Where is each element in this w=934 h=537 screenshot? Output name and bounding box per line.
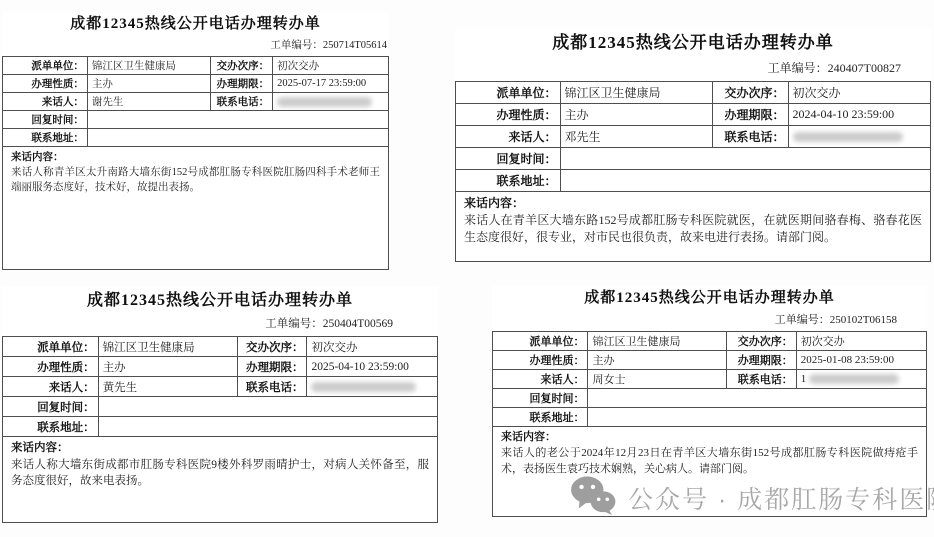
call-content-text: 来话人称青羊区太升南路大墙东街152号成都肛肠专科医院肛肠四科手术老师王端丽服务… xyxy=(11,165,380,195)
reply-time-value xyxy=(560,148,931,170)
form-fields-table: 派单单位： 锦江区卫生健康局 交办次序： 初次交办 办理性质： 主办 办理期限：… xyxy=(455,81,931,192)
contact-address-value xyxy=(87,129,388,147)
handle-deadline-value: 2024-04-10 23:59:00 xyxy=(788,104,931,126)
contact-address-label: 联系地址： xyxy=(493,408,588,427)
table-row: 办理性质： 主办 办理期限： 2025-01-08 23:59:00 xyxy=(493,351,927,370)
transfer-order-value: 初次交办 xyxy=(796,332,926,351)
redacted-phone-blur xyxy=(793,132,903,142)
handle-deadline-value: 2025-07-17 23:59:00 xyxy=(273,75,389,93)
table-row: 派单单位： 锦江区卫生健康局 交办次序： 初次交办 xyxy=(493,332,927,351)
handle-nature-label: 办理性质： xyxy=(456,104,561,126)
reply-time-value xyxy=(588,389,927,408)
table-row: 办理性质： 主办 办理期限： 2025-07-17 23:59:00 xyxy=(3,75,389,93)
dispatch-unit-value: 锦江区卫生健康局 xyxy=(560,82,712,104)
order-no-value: 250102T06158 xyxy=(830,314,897,326)
dispatch-unit-label: 派单单位： xyxy=(456,82,561,104)
contact-address-label: 联系地址： xyxy=(3,129,88,147)
wechat-icon xyxy=(570,475,616,520)
redacted-phone-blur xyxy=(809,374,899,384)
call-content-text: 来话人称大墙东街成都市肛肠专科医院9楼外科罗雨晴护士，对病人关怀备至，服务态度很… xyxy=(11,457,429,490)
call-content-box: 来话内容： 来话人称大墙东街成都市肛肠专科医院9楼外科罗雨晴护士，对病人关怀备至… xyxy=(2,436,438,523)
contact-phone-value xyxy=(307,377,438,397)
handle-deadline-label: 办理期限： xyxy=(237,357,307,377)
table-row: 联系地址： xyxy=(456,170,931,192)
table-row: 回复时间： xyxy=(3,111,389,129)
contact-phone-value xyxy=(273,93,389,111)
table-row: 来话人： 谢先生 联系电话： xyxy=(3,93,389,111)
order-no-value: 240407T00827 xyxy=(828,61,901,75)
table-row: 来话人： 黄先生 联系电话： xyxy=(3,377,438,397)
contact-address-label: 联系地址： xyxy=(3,417,99,437)
call-content-label: 来话内容： xyxy=(11,440,429,457)
work-order-number: 工单编号：250404T00569 xyxy=(2,315,393,331)
handle-nature-value: 主办 xyxy=(588,351,727,370)
contact-address-value xyxy=(588,408,927,427)
table-row: 回复时间： xyxy=(456,148,931,170)
handle-nature-value: 主办 xyxy=(560,104,712,126)
table-row: 派单单位： 锦江区卫生健康局 交办次序： 初次交办 xyxy=(3,337,438,357)
caller-value: 邓先生 xyxy=(560,126,712,148)
call-content-label: 来话内容： xyxy=(11,150,380,165)
table-row: 办理性质： 主办 办理期限： 2024-04-10 23:59:00 xyxy=(456,104,931,126)
order-no-label: 工单编号： xyxy=(265,318,323,330)
handle-nature-value: 主办 xyxy=(87,75,211,93)
table-row: 联系地址： xyxy=(493,408,927,427)
contact-phone-label: 联系电话： xyxy=(727,370,796,389)
table-row: 回复时间： xyxy=(493,389,927,408)
call-content-label: 来话内容： xyxy=(464,195,922,212)
caller-label: 来话人： xyxy=(3,93,88,111)
handle-nature-label: 办理性质： xyxy=(3,357,99,377)
form-title: 成都12345热线公开电话办理转办单 xyxy=(455,28,931,53)
contact-phone-label: 联系电话： xyxy=(237,377,307,397)
transfer-order-value: 初次交办 xyxy=(273,57,389,75)
contact-phone-label: 联系电话： xyxy=(712,126,788,148)
screenshot-canvas: 成都12345热线公开电话办理转办单 工单编号：250714T05614 派单单… xyxy=(0,0,934,537)
table-row: 派单单位： 锦江区卫生健康局 交办次序： 初次交办 xyxy=(456,82,931,104)
table-row: 联系地址： xyxy=(3,129,389,147)
transfer-order-label: 交办次序： xyxy=(727,332,796,351)
call-content-label: 来话内容： xyxy=(501,430,918,446)
dispatch-unit-value: 锦江区卫生健康局 xyxy=(588,332,727,351)
watermark-text: 公众号 · 成都肛肠专科医院 xyxy=(628,480,934,516)
handle-deadline-value: 2025-01-08 23:59:00 xyxy=(796,351,926,370)
handle-nature-label: 办理性质： xyxy=(3,75,88,93)
table-row: 派单单位： 锦江区卫生健康局 交办次序： 初次交办 xyxy=(3,57,389,75)
order-no-label: 工单编号： xyxy=(768,61,828,75)
table-row: 来话人： 邓先生 联系电话： xyxy=(456,126,931,148)
work-order-number: 工单编号：250714T05614 xyxy=(2,37,387,52)
contact-phone-value: 1 xyxy=(796,370,926,389)
transfer-order-label: 交办次序： xyxy=(211,57,273,75)
caller-value: 周女士 xyxy=(588,370,727,389)
dispatch-unit-label: 派单单位： xyxy=(3,57,88,75)
phone-visible-digit: 1 xyxy=(801,373,807,385)
order-no-value: 250714T05614 xyxy=(323,40,387,51)
contact-address-value xyxy=(98,417,437,437)
reply-time-value xyxy=(98,397,437,417)
order-no-label: 工单编号： xyxy=(270,40,323,51)
reply-time-label: 回复时间： xyxy=(3,111,88,129)
table-row: 来话人： 周女士 联系电话： 1 xyxy=(493,370,927,389)
work-order-number: 工单编号：240407T00827 xyxy=(455,59,901,76)
dispatch-unit-label: 派单单位： xyxy=(493,332,588,351)
transfer-order-label: 交办次序： xyxy=(237,337,307,357)
form-title: 成都12345热线公开电话办理转办单 xyxy=(2,12,389,33)
watermark: 公众号 · 成都肛肠专科医院 xyxy=(570,475,934,520)
form-title: 成都12345热线公开电话办理转办单 xyxy=(2,287,438,310)
dispatch-unit-value: 锦江区卫生健康局 xyxy=(98,337,237,357)
handle-deadline-value: 2025-04-10 23:59:00 xyxy=(307,357,438,377)
work-order-number: 工单编号：250102T06158 xyxy=(492,311,897,327)
transfer-order-value: 初次交办 xyxy=(788,82,931,104)
transfer-form-3: 成都12345热线公开电话办理转办单 工单编号：250404T00569 派单单… xyxy=(2,287,438,523)
handle-nature-label: 办理性质： xyxy=(493,351,588,370)
reply-time-label: 回复时间： xyxy=(3,397,99,417)
redacted-phone-blur xyxy=(277,97,372,107)
reply-time-value xyxy=(87,111,388,129)
handle-deadline-label: 办理期限： xyxy=(727,351,796,370)
order-no-label: 工单编号： xyxy=(775,314,830,326)
handle-deadline-label: 办理期限： xyxy=(211,75,273,93)
contact-phone-label: 联系电话： xyxy=(211,93,273,111)
contact-address-value xyxy=(560,170,931,192)
caller-label: 来话人： xyxy=(456,126,561,148)
caller-value: 谢先生 xyxy=(87,93,211,111)
transfer-form-2: 成都12345热线公开电话办理转办单 工单编号：240407T00827 派单单… xyxy=(455,28,931,262)
form-fields-table: 派单单位： 锦江区卫生健康局 交办次序： 初次交办 办理性质： 主办 办理期限：… xyxy=(492,331,927,427)
table-row: 联系地址： xyxy=(3,417,438,437)
contact-phone-value xyxy=(788,126,931,148)
handle-nature-value: 主办 xyxy=(98,357,237,377)
handle-deadline-label: 办理期限： xyxy=(712,104,788,126)
form-fields-table: 派单单位： 锦江区卫生健康局 交办次序： 初次交办 办理性质： 主办 办理期限：… xyxy=(2,336,438,437)
order-no-value: 250404T00569 xyxy=(323,318,393,330)
caller-label: 来话人： xyxy=(493,370,588,389)
table-row: 办理性质： 主办 办理期限： 2025-04-10 23:59:00 xyxy=(3,357,438,377)
contact-address-label: 联系地址： xyxy=(456,170,561,192)
dispatch-unit-value: 锦江区卫生健康局 xyxy=(87,57,211,75)
reply-time-label: 回复时间： xyxy=(493,389,588,408)
transfer-order-value: 初次交办 xyxy=(307,337,438,357)
transfer-order-label: 交办次序： xyxy=(712,82,788,104)
form-fields-table: 派单单位： 锦江区卫生健康局 交办次序： 初次交办 办理性质： 主办 办理期限：… xyxy=(2,56,389,147)
dispatch-unit-label: 派单单位： xyxy=(3,337,99,357)
caller-label: 来话人： xyxy=(3,377,99,397)
caller-value: 黄先生 xyxy=(98,377,237,397)
call-content-box: 来话内容： 来话人在青羊区大墙东路152号成都肛肠专科医院就医，在就医期间骆春梅… xyxy=(455,191,931,262)
reply-time-label: 回复时间： xyxy=(456,148,561,170)
call-content-text: 来话人的老公于2024年12月23日在青羊区大墙东街152号成都肛肠专科医院做痔… xyxy=(501,446,918,478)
table-row: 回复时间： xyxy=(3,397,438,417)
transfer-form-1: 成都12345热线公开电话办理转办单 工单编号：250714T05614 派单单… xyxy=(2,12,389,270)
form-title: 成都12345热线公开电话办理转办单 xyxy=(492,286,927,307)
call-content-text: 来话人在青羊区大墙东路152号成都肛肠专科医院就医，在就医期间骆春梅、骆春花医生… xyxy=(464,212,922,246)
call-content-box: 来话内容： 来话人称青羊区太升南路大墙东街152号成都肛肠专科医院肛肠四科手术老… xyxy=(2,146,389,270)
redacted-phone-blur xyxy=(311,382,416,392)
